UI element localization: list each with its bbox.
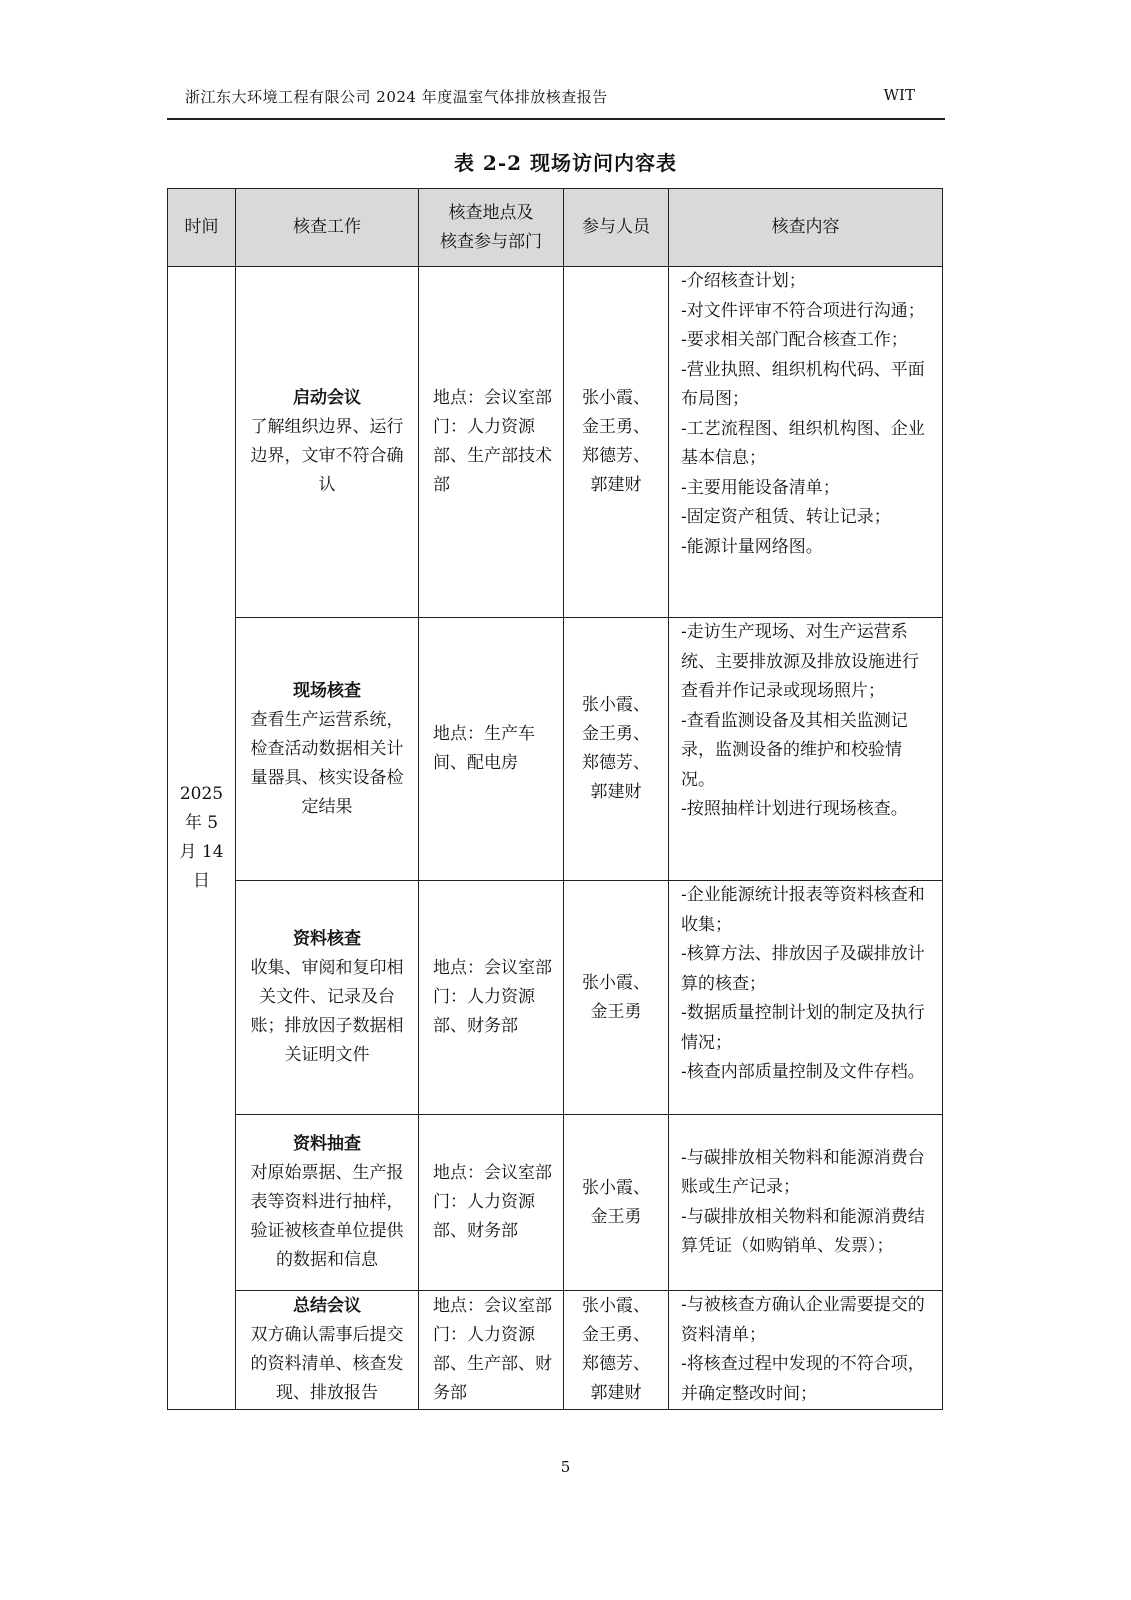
content-cell: -介绍核查计划； -对文件评审不符合项进行沟通； -要求相关部门配合核查工作； … xyxy=(669,267,943,618)
person: 张小霞、 xyxy=(564,691,668,720)
location-cell: 地点：生产车间、配电房 xyxy=(419,618,564,881)
person: 张小霞、 xyxy=(564,969,668,998)
content-item: -走访生产现场、对生产运营系统、主要排放源及排放设施进行查看并作记录或现场照片； xyxy=(681,618,934,707)
person: 金王勇、 xyxy=(564,720,668,749)
date-line: 日 xyxy=(168,867,235,896)
work-title: 现场核查 xyxy=(248,677,406,706)
table-row: 资料抽查 对原始票据、生产报表等资料进行抽样，验证被核查单位提供的数据和信息 地… xyxy=(168,1115,943,1291)
company-code: WIT xyxy=(884,86,915,104)
work-title: 资料核查 xyxy=(248,925,406,954)
location-cell: 地点：会议室部门：人力资源部、财务部 xyxy=(419,881,564,1115)
person: 郭建财 xyxy=(564,778,668,807)
work-title: 资料抽查 xyxy=(248,1130,406,1159)
work-cell: 现场核查 查看生产运营系统，检查活动数据相关计量器具、核实设备检定结果 xyxy=(236,618,419,881)
person: 郭建财 xyxy=(564,1379,668,1408)
table-row: 总结会议 双方确认需事后提交的资料清单、核查发现、排放报告 地点：会议室部门：人… xyxy=(168,1291,943,1410)
content-cell: -与被核查方确认企业需要提交的资料清单； -将核查过程中发现的不符合项，并确定整… xyxy=(669,1291,943,1410)
content-item: -将核查过程中发现的不符合项，并确定整改时间； xyxy=(681,1350,934,1409)
content-item: -工艺流程图、组织机构图、企业基本信息； xyxy=(681,415,934,474)
content-item: -查看监测设备及其相关监测记录，监测设备的维护和校验情况。 xyxy=(681,707,934,796)
date-line: 年 5 xyxy=(168,809,235,838)
date-line: 月 14 xyxy=(168,838,235,867)
work-cell: 资料核查 收集、审阅和复印相关文件、记录及台账；排放因子数据相关证明文件 xyxy=(236,881,419,1115)
work-description: 对原始票据、生产报表等资料进行抽样，验证被核查单位提供的数据和信息 xyxy=(251,1163,404,1270)
person: 郑德芳、 xyxy=(564,749,668,778)
col-header-location-line2: 核查参与部门 xyxy=(419,228,563,257)
person: 张小霞、 xyxy=(564,1292,668,1321)
people-cell: 张小霞、 金王勇、 郑德芳、 郭建财 xyxy=(564,1291,669,1410)
work-description: 查看生产运营系统，检查活动数据相关计量器具、核实设备检定结果 xyxy=(251,710,404,817)
col-header-location-line1: 核查地点及 xyxy=(419,199,563,228)
work-title: 总结会议 xyxy=(248,1292,406,1321)
person: 张小霞、 xyxy=(564,1174,668,1203)
content-item: -固定资产租赁、转让记录； xyxy=(681,503,934,533)
work-cell: 总结会议 双方确认需事后提交的资料清单、核查发现、排放报告 xyxy=(236,1291,419,1410)
content-item: -与被核查方确认企业需要提交的资料清单； xyxy=(681,1291,934,1350)
table-title: 表 2-2 现场访问内容表 xyxy=(0,147,1131,176)
person: 金王勇、 xyxy=(564,1321,668,1350)
content-item: -与碳排放相关物料和能源消费台账或生产记录； xyxy=(681,1144,934,1203)
work-description: 收集、审阅和复印相关文件、记录及台账；排放因子数据相关证明文件 xyxy=(251,958,404,1065)
table-row: 2025 年 5 月 14 日 启动会议 了解组织边界、运行边界，文审不符合确认… xyxy=(168,267,943,618)
content-item: -按照抽样计划进行现场核查。 xyxy=(681,795,934,825)
content-item: -营业执照、组织机构代码、平面布局图； xyxy=(681,356,934,415)
person: 郑德芳、 xyxy=(564,1350,668,1379)
col-header-work: 核查工作 xyxy=(236,189,419,267)
col-header-content: 核查内容 xyxy=(669,189,943,267)
site-visit-table: 时间 核查工作 核查地点及 核查参与部门 参与人员 核查内容 2025 年 5 … xyxy=(167,188,943,1410)
people-cell: 张小霞、 金王勇 xyxy=(564,881,669,1115)
content-item: -数据质量控制计划的制定及执行情况； xyxy=(681,999,934,1058)
page-number: 5 xyxy=(0,1458,1131,1476)
content-item: -能源计量网络图。 xyxy=(681,533,934,563)
table-header-row: 时间 核查工作 核查地点及 核查参与部门 参与人员 核查内容 xyxy=(168,189,943,267)
person: 金王勇 xyxy=(564,998,668,1027)
date-line: 2025 xyxy=(168,780,235,809)
location-cell: 地点：会议室部门：人力资源部、财务部 xyxy=(419,1115,564,1291)
people-cell: 张小霞、 金王勇 xyxy=(564,1115,669,1291)
work-cell: 启动会议 了解组织边界、运行边界，文审不符合确认 xyxy=(236,267,419,618)
content-item: -核算方法、排放因子及碳排放计算的核查； xyxy=(681,940,934,999)
person: 张小霞、 xyxy=(564,384,668,413)
content-cell: -与碳排放相关物料和能源消费台账或生产记录； -与碳排放相关物料和能源消费结算凭… xyxy=(669,1115,943,1291)
location-cell: 地点：会议室部门：人力资源部、生产部、财务部 xyxy=(419,1291,564,1410)
content-item: -介绍核查计划； xyxy=(681,267,934,297)
col-header-people: 参与人员 xyxy=(564,189,669,267)
content-cell: -企业能源统计报表等资料核查和收集； -核算方法、排放因子及碳排放计算的核查； … xyxy=(669,881,943,1115)
work-description: 双方确认需事后提交的资料清单、核查发现、排放报告 xyxy=(251,1325,404,1403)
work-cell: 资料抽查 对原始票据、生产报表等资料进行抽样，验证被核查单位提供的数据和信息 xyxy=(236,1115,419,1291)
people-cell: 张小霞、 金王勇、 郑德芳、 郭建财 xyxy=(564,618,669,881)
report-title: 浙江东大环境工程有限公司 2024 年度温室气体排放核查报告 xyxy=(185,86,608,107)
content-item: -企业能源统计报表等资料核查和收集； xyxy=(681,881,934,940)
page-header: 浙江东大环境工程有限公司 2024 年度温室气体排放核查报告 WIT xyxy=(167,82,945,120)
col-header-location: 核查地点及 核查参与部门 xyxy=(419,189,564,267)
people-cell: 张小霞、 金王勇、 郑德芳、 郭建财 xyxy=(564,267,669,618)
content-item: -要求相关部门配合核查工作； xyxy=(681,326,934,356)
person: 郑德芳、 xyxy=(564,442,668,471)
work-title: 启动会议 xyxy=(248,384,406,413)
col-header-time: 时间 xyxy=(168,189,236,267)
content-item: -对文件评审不符合项进行沟通； xyxy=(681,297,934,327)
work-description: 了解组织边界、运行边界，文审不符合确认 xyxy=(251,417,404,495)
content-item: -与碳排放相关物料和能源消费结算凭证（如购销单、发票）； xyxy=(681,1203,934,1262)
person: 金王勇、 xyxy=(564,413,668,442)
table-row: 资料核查 收集、审阅和复印相关文件、记录及台账；排放因子数据相关证明文件 地点：… xyxy=(168,881,943,1115)
content-item: -核查内部质量控制及文件存档。 xyxy=(681,1058,934,1088)
person: 金王勇 xyxy=(564,1203,668,1232)
location-cell: 地点：会议室部门：人力资源部、生产部技术部 xyxy=(419,267,564,618)
date-cell: 2025 年 5 月 14 日 xyxy=(168,267,236,1410)
content-cell: -走访生产现场、对生产运营系统、主要排放源及排放设施进行查看并作记录或现场照片；… xyxy=(669,618,943,881)
content-item: -主要用能设备清单； xyxy=(681,474,934,504)
person: 郭建财 xyxy=(564,471,668,500)
table-row: 现场核查 查看生产运营系统，检查活动数据相关计量器具、核实设备检定结果 地点：生… xyxy=(168,618,943,881)
